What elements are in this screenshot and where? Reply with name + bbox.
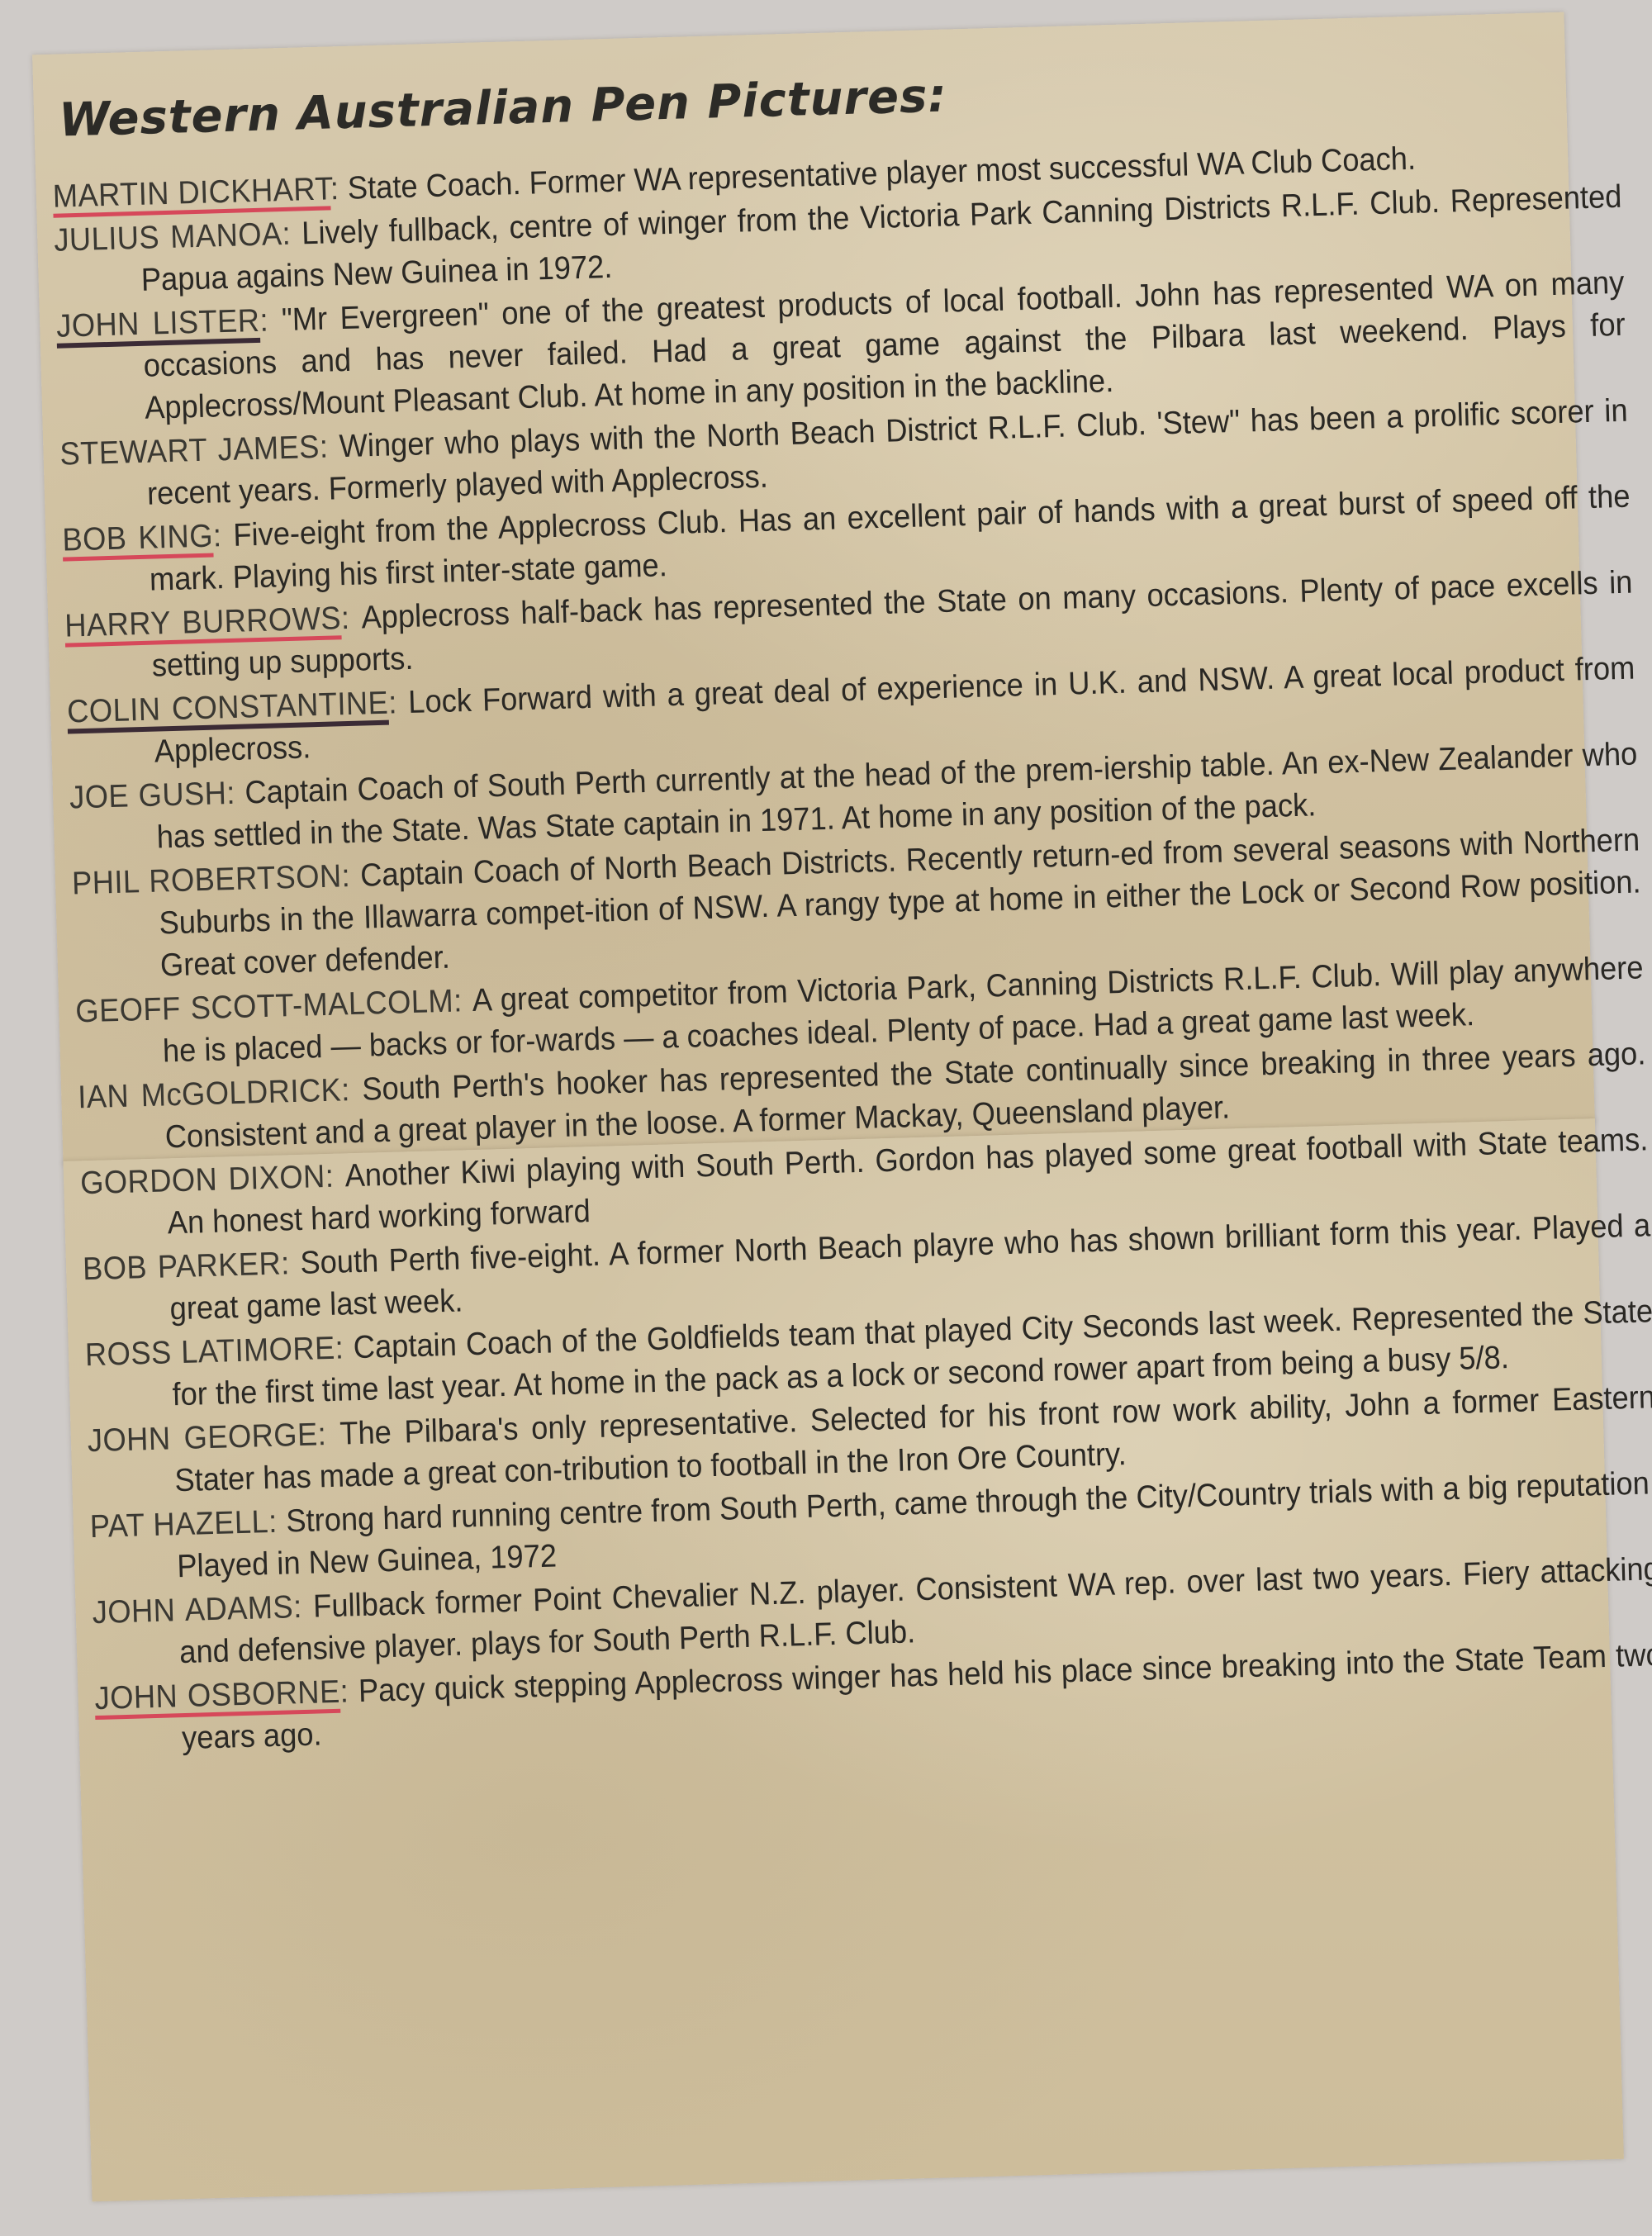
name-separator: : <box>293 1589 314 1626</box>
name-separator: : <box>340 601 362 637</box>
player-name: PHIL ROBERTSON <box>72 858 343 901</box>
player-name: HARRY BURROWS <box>64 601 342 643</box>
name-separator: : <box>282 216 302 252</box>
pen-pictures-list: MARTIN DICKHART: State Coach. Former WA … <box>52 135 1578 1762</box>
name-separator: : <box>281 1246 301 1282</box>
name-separator: : <box>325 1158 345 1194</box>
player-name: STEWART JAMES <box>59 430 320 472</box>
player-name: JOHN ADAMS <box>92 1589 294 1631</box>
name-separator: : <box>268 1504 287 1541</box>
clipping-content: Western Australian Pen Pictures: MARTIN … <box>50 30 1579 1764</box>
player-name: JOHN OSBORNE <box>94 1674 340 1716</box>
name-separator: : <box>341 1072 363 1109</box>
player-name: JOE GUSH <box>69 776 227 815</box>
name-separator: : <box>330 171 348 207</box>
player-name: COLIN CONSTANTINE <box>67 686 389 730</box>
newspaper-clipping: Western Australian Pen Pictures: MARTIN … <box>32 12 1624 2202</box>
name-separator: : <box>226 776 245 812</box>
player-name: GEOFF SCOTT-MALCOLM <box>75 984 454 1030</box>
player-name: BOB KING <box>62 519 214 558</box>
player-name: JOHN GEORGE <box>87 1417 318 1459</box>
name-separator: : <box>388 685 409 721</box>
name-separator: : <box>259 302 282 339</box>
player-name: MARTIN DICKHART <box>52 171 330 214</box>
player-name: GORDON DIXON <box>80 1159 326 1201</box>
player-name: BOB PARKER <box>83 1246 282 1288</box>
name-separator: : <box>339 1673 359 1710</box>
player-name: ROSS LATIMORE <box>84 1331 335 1373</box>
name-separator: : <box>317 1417 340 1453</box>
name-separator: : <box>341 858 361 895</box>
player-name: IAN McGOLDRICK <box>78 1072 342 1115</box>
player-name: JULIUS MANOA <box>54 216 282 259</box>
name-separator: : <box>212 518 234 554</box>
name-separator: : <box>453 983 473 1019</box>
article-title: Western Australian Pen Pictures: <box>58 53 1533 148</box>
player-name: JOHN LISTER <box>56 303 260 344</box>
player-name: PAT HAZELL <box>89 1504 269 1545</box>
name-separator: : <box>335 1330 354 1366</box>
name-separator: : <box>319 429 339 465</box>
